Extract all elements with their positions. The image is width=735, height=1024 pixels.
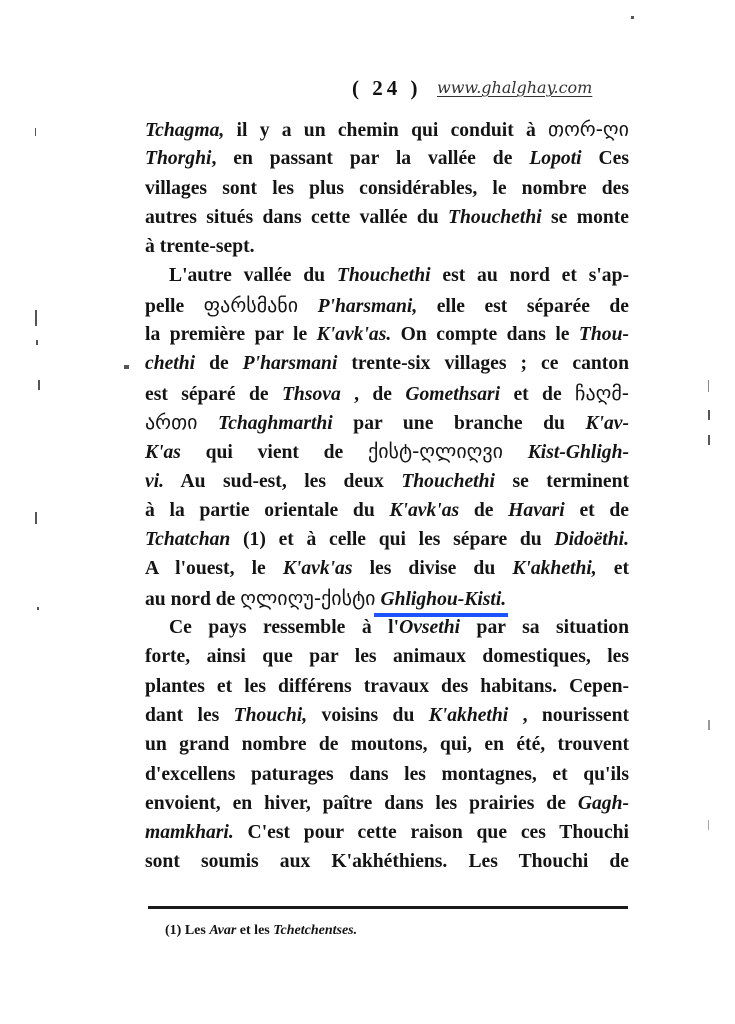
text-segment: villages sont les plus considérables, le… [145, 178, 629, 199]
text-line: un grand nombre de moutons, qui, en été,… [145, 730, 629, 759]
margin-mark [708, 720, 710, 730]
text-line: envoient, en hiver, paître dans les prai… [145, 789, 629, 818]
text-line: à trente-sept. [145, 232, 629, 261]
text-segment: mamkhari. [145, 822, 234, 843]
footnote-divider [148, 906, 628, 909]
text-segment: , nourissent [508, 705, 629, 726]
margin-mark [631, 16, 634, 19]
text-segment: Lopoti [529, 148, 581, 169]
text-segment: trente-six villages ; ce canton [337, 353, 629, 374]
text-line: dant les Thouchi, voisins du K'akhethi ,… [145, 701, 629, 730]
text-segment: C'est pour cette raison que ces Thouchi [234, 822, 629, 843]
page-header: ( 24 ) www.ghalghay.com [352, 74, 632, 104]
text-segment [298, 296, 317, 317]
text-segment: est au nord et s'ap- [431, 265, 629, 286]
text-line: plantes et les différens travaux des hab… [145, 672, 629, 701]
book-page: ( 24 ) www.ghalghay.com Tchagma, il y a … [0, 0, 735, 1024]
georgian-word: ართი [145, 410, 197, 434]
text-segment: Tchatchan [145, 529, 230, 550]
text-segment [197, 413, 218, 434]
text-segment: la première par le [145, 324, 317, 345]
text-segment: plantes et les différens travaux des hab… [145, 676, 629, 697]
text-segment: dant les [145, 705, 234, 726]
text-line: à la partie orientale du K'avk'as de Hav… [145, 496, 629, 525]
margin-mark [124, 365, 129, 369]
text-segment: L'autre vallée du [169, 265, 337, 286]
georgian-word: ფარსმანი [204, 293, 298, 317]
text-segment: Thou- [579, 324, 629, 345]
text-line: sont soumis aux K'akhéthiens. Les Thouch… [145, 847, 629, 876]
text-segment: sont soumis aux K'akhéthiens. Les Thouch… [145, 851, 629, 872]
margin-mark [708, 410, 710, 420]
footnote-segment: et les [236, 923, 273, 938]
text-segment: Thorghi [145, 148, 211, 169]
text-segment: Ovsethi [399, 617, 460, 638]
text-segment: Gagh- [578, 793, 629, 814]
text-line: forte, ainsi que par les animaux domesti… [145, 642, 629, 671]
text-segment: pelle [145, 296, 204, 317]
text-segment: elle est séparée de [417, 296, 629, 317]
text-line: au nord de ღლიღუ-ქისტი Ghlighou-Kisti. [145, 584, 629, 613]
text-segment: Au sud-est, les deux [164, 471, 401, 492]
text-segment: Ce pays ressemble à l' [169, 617, 399, 638]
text-line: L'autre vallée du Thouchethi est au nord… [145, 261, 629, 290]
text-segment: P'harsmani, [318, 296, 418, 317]
footnote-segment: Avar [209, 923, 236, 938]
text-segment: , en passant par la vallée de [211, 148, 529, 169]
text-segment: par une branche du [333, 413, 586, 434]
text-segment: , de [341, 384, 406, 405]
text-segment: voisins du [307, 705, 429, 726]
georgian-word: თორ-ღი [548, 117, 629, 141]
text-segment: se monte [542, 207, 629, 228]
text-segment [503, 442, 528, 463]
text-segment: à trente-sept. [145, 236, 255, 257]
margin-mark [35, 310, 37, 326]
text-segment: et [597, 558, 629, 579]
text-segment: et de [500, 384, 575, 405]
text-segment: et de [565, 500, 629, 521]
georgian-word: ქისტ-ღლიღვი [368, 439, 503, 463]
text-segment: K'akhethi, [512, 558, 596, 579]
text-segment: par sa situation [460, 617, 629, 638]
footnote: (1) Les Avar et les Tchetchentses. [165, 923, 357, 939]
watermark-link[interactable]: www.ghalghay.com [437, 78, 592, 97]
text-segment: Thsova [282, 384, 341, 405]
margin-mark [35, 512, 37, 524]
text-segment: Thouchethi [337, 265, 431, 286]
footnote-segment: Les [185, 923, 210, 938]
text-line: pelle ფარსმანი P'harsmani, elle est sépa… [145, 291, 629, 320]
text-segment: se terminent [495, 471, 629, 492]
text-line: Thorghi, en passant par la vallée de Lop… [145, 144, 629, 173]
margin-mark [708, 820, 709, 830]
margin-mark [708, 380, 709, 392]
text-segment: K'akhethi [429, 705, 509, 726]
text-line: Tchatchan (1) et à celle qui les sépare … [145, 525, 629, 554]
text-segment: Tchagma, [145, 120, 224, 141]
text-segment: K'avk'as [283, 558, 353, 579]
body-text: Tchagma, il y a un chemin qui conduit à … [145, 115, 629, 877]
text-segment: Thouchi, [234, 705, 308, 726]
text-line: vi. Au sud-est, les deux Thouchethi se t… [145, 467, 629, 496]
text-segment: Ces [582, 148, 629, 169]
text-segment: K'as [145, 442, 181, 463]
text-segment: Didoëthi. [554, 529, 629, 550]
text-segment: à la partie orientale du [145, 500, 389, 521]
georgian-word: ჩაღმ- [575, 381, 629, 405]
text-segment: de [459, 500, 508, 521]
text-segment: autres situés dans cette vallée du [145, 207, 448, 228]
text-segment: P'harsmani [243, 353, 338, 374]
text-segment: il y a un chemin qui conduit à [224, 120, 548, 141]
text-segment: Thouchethi [401, 471, 495, 492]
margin-mark [708, 435, 710, 445]
text-segment: un grand nombre de moutons, qui, en été,… [145, 734, 629, 755]
footnote-segment: Tchetchentses. [273, 923, 357, 938]
footnote-marker: (1) [165, 923, 185, 938]
text-line: K'as qui vient de ქისტ-ღლიღვი Kist-Ghlig… [145, 437, 629, 466]
text-segment: K'av- [585, 413, 629, 434]
text-line: est séparé de Thsova , de Gomethsari et … [145, 379, 629, 408]
text-segment: au nord de [145, 589, 240, 610]
georgian-word: ღლიღუ-ქისტი [240, 586, 375, 610]
margin-mark [35, 128, 36, 136]
text-line: d'excellens paturages dans les montagnes… [145, 760, 629, 789]
text-line: la première par le K'avk'as. On compte d… [145, 320, 629, 349]
text-segment: K'avk'as. [317, 324, 392, 345]
text-line: Ce pays ressemble à l'Ovsethi par sa sit… [145, 613, 629, 642]
text-segment: Thouchethi [448, 207, 542, 228]
text-segment: envoient, en hiver, paître dans les prai… [145, 793, 578, 814]
text-segment: Kist-Ghligh- [528, 442, 629, 463]
text-segment: chethi [145, 353, 195, 374]
text-segment: On compte dans le [391, 324, 579, 345]
text-segment: forte, ainsi que par les animaux domesti… [145, 646, 629, 667]
margin-mark [37, 607, 39, 610]
text-segment: Ghlighou-Kisti. [380, 589, 506, 610]
text-segment: les divise du [352, 558, 512, 579]
text-segment: K'avk'as [389, 500, 459, 521]
text-line: mamkhari. C'est pour cette raison que ce… [145, 818, 629, 847]
text-segment: d'excellens paturages dans les montagnes… [145, 764, 629, 785]
margin-mark [36, 340, 38, 345]
text-line: chethi de P'harsmani trente-six villages… [145, 349, 629, 378]
margin-mark [38, 380, 40, 390]
text-segment: Gomethsari [405, 384, 500, 405]
text-segment: A l'ouest, le [145, 558, 283, 579]
text-line: autres situés dans cette vallée du Thouc… [145, 203, 629, 232]
text-segment: Tchaghmarthi [218, 413, 333, 434]
text-line: Tchagma, il y a un chemin qui conduit à … [145, 115, 629, 144]
text-segment: (1) et à celle qui les sépare du [230, 529, 554, 550]
text-segment: Havari [508, 500, 565, 521]
text-segment: est séparé de [145, 384, 282, 405]
page-number: ( 24 ) [352, 76, 422, 101]
text-segment: vi. [145, 471, 164, 492]
text-line: villages sont les plus considérables, le… [145, 174, 629, 203]
text-segment: de [195, 353, 243, 374]
text-segment: qui vient de [181, 442, 368, 463]
text-line: ართი Tchaghmarthi par une branche du K'a… [145, 408, 629, 437]
text-line: A l'ouest, le K'avk'as les divise du K'a… [145, 554, 629, 583]
